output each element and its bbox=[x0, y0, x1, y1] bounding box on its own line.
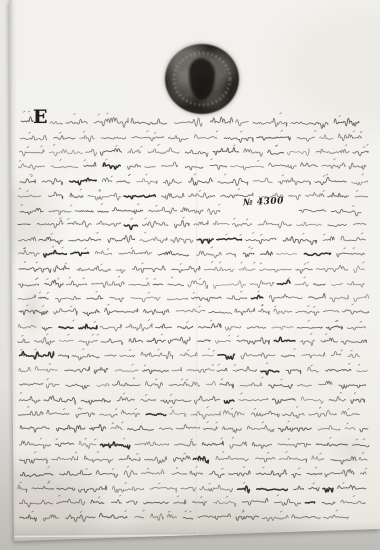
handwritten-text-block bbox=[0, 0, 380, 550]
manuscript-paper: E № 4300 bbox=[0, 0, 380, 550]
photograph-background: E № 4300 bbox=[0, 0, 380, 550]
paper-crease-vertical bbox=[196, 150, 198, 538]
